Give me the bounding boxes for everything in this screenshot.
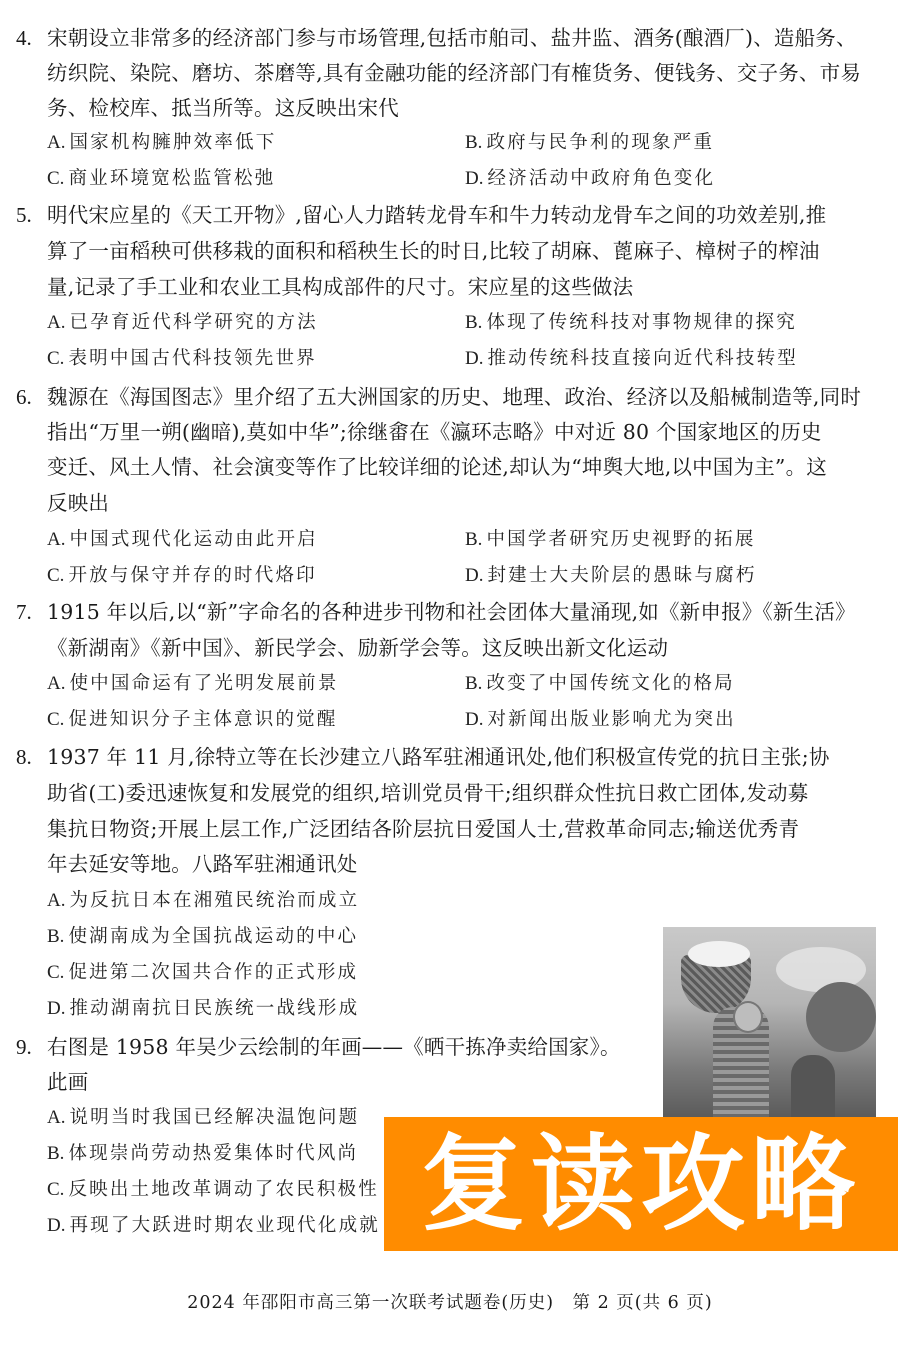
question-number: 8.: [16, 739, 32, 775]
option-a: A.使中国命运有了光明发展前景: [47, 666, 339, 702]
question-stem-line: 明代宋应星的《天工开物》,留心人力踏转龙骨车和牛力转动龙骨车之间的功效差别,推: [47, 197, 826, 233]
option-a: A.国家机构臃肿效率低下: [47, 125, 277, 161]
page-footer: 2024 年邵阳市高三第一次联考试题卷(历史) 第 2 页(共 6 页): [0, 1286, 900, 1320]
option-b: B.中国学者研究历史视野的拓展: [465, 522, 756, 558]
question-stem-line: 助省(工)委迅速恢复和发展党的组织,培训党员骨干;组织群众性抗日救亡团体,发动募: [47, 775, 808, 811]
option-a: A.已孕育近代科学研究的方法: [47, 305, 318, 341]
tree-shape: [806, 982, 876, 1052]
option-c: C.表明中国古代科技领先世界: [47, 341, 317, 377]
cotton-shape: [688, 941, 750, 967]
option-c: C.促进知识分子主体意识的觉醒: [47, 702, 338, 738]
question-number: 4.: [16, 20, 32, 56]
option-b: B.体现崇尚劳动热爱集体时代风尚: [47, 1136, 358, 1172]
question-stem-line: 反映出: [47, 485, 109, 521]
question-stem-line: 集抗日物资;开展上层工作,广泛团结各阶层抗日爱国人士,营救革命同志;输送优秀青: [47, 811, 799, 847]
option-d: D.再现了大跃进时期农业现代化成就: [47, 1208, 380, 1244]
new-year-painting-figure: [663, 927, 876, 1118]
woman-head: [733, 1001, 763, 1033]
question-stem-line: 宋朝设立非常多的经济部门参与市场管理,包括市舶司、盐井监、酒务(酿酒厂)、造船务…: [47, 20, 857, 56]
question-number: 6.: [16, 379, 32, 415]
option-a: A.中国式现代化运动由此开启: [47, 522, 318, 558]
question-stem-line: 1915 年以后,以“新”字命名的各种进步刊物和社会团体大量涌现,如《新申报》《…: [47, 594, 856, 630]
option-d: D.经济活动中政府角色变化: [465, 161, 715, 197]
option-d: D.推动传统科技直接向近代科技转型: [465, 341, 798, 377]
question-stem-line: 算了一亩稻秧可供移栽的面积和稻秧生长的时日,比较了胡麻、蓖麻子、樟树子的榨油: [47, 233, 820, 269]
option-d: D.封建士大夫阶层的愚昧与腐朽: [465, 558, 757, 594]
option-b: B.改变了中国传统文化的格局: [465, 666, 735, 702]
child-figure: [791, 1055, 835, 1118]
option-b: B.体现了传统科技对事物规律的探究: [465, 305, 797, 341]
question-stem-line: 务、检校库、抵当所等。这反映出宋代: [47, 90, 399, 126]
option-c: C.商业环境宽松监管松弛: [47, 161, 275, 197]
option-a: A.为反抗日本在湘殖民统治而成立: [47, 883, 359, 919]
question-number: 5.: [16, 197, 32, 233]
option-a: A.说明当时我国已经解决温饱问题: [47, 1100, 359, 1136]
question-stem-line: 魏源在《海国图志》里介绍了五大洲国家的历史、地理、政治、经济以及船械制造等,同时: [47, 379, 861, 415]
option-c: C.促进第二次国共合作的正式形成: [47, 955, 358, 991]
question-stem-line: 《新湖南》《新中国》、新民学会、励新学会等。这反映出新文化运动: [47, 630, 668, 666]
question-stem-line: 指出“万里一朔(幽暗),莫如中华”;徐继畬在《瀛环志略》中对近 80 个国家地区…: [47, 414, 822, 450]
question-stem-line: 1937 年 11 月,徐特立等在长沙建立八路军驻湘通讯处,他们积极宣传党的抗日…: [47, 739, 830, 775]
option-c: C.反映出土地改革调动了农民积极性: [47, 1172, 379, 1208]
question-number: 7.: [16, 594, 32, 630]
option-d: D.推动湖南抗日民族统一战线形成: [47, 991, 359, 1027]
option-b: B.使湖南成为全国抗战运动的中心: [47, 919, 358, 955]
option-b: B.政府与民争利的现象严重: [465, 125, 714, 161]
watermark-banner: 复读攻略: [384, 1117, 898, 1251]
question-stem-line: 变迁、风土人情、社会演变等作了比较详细的论述,却认为“坤舆大地,以中国为主”。这: [47, 449, 827, 485]
question-stem-line: 纺织院、染院、磨坊、茶磨等,具有金融功能的经济部门有榷货务、便钱务、交子务、市易: [47, 55, 861, 91]
option-d: D.对新闻出版业影响尤为突出: [465, 702, 736, 738]
question-stem-line: 年去延安等地。八路军驻湘通讯处: [47, 846, 358, 882]
question-number: 9.: [16, 1029, 32, 1065]
question-stem-line: 右图是 1958 年吴少云绘制的年画——《晒干拣净卖给国家》。: [47, 1029, 621, 1065]
question-stem-line: 量,记录了手工业和农业工具构成部件的尺寸。宋应星的这些做法: [47, 269, 633, 305]
question-stem-line: 此画: [47, 1064, 88, 1100]
option-c: C.开放与保守并存的时代烙印: [47, 558, 317, 594]
